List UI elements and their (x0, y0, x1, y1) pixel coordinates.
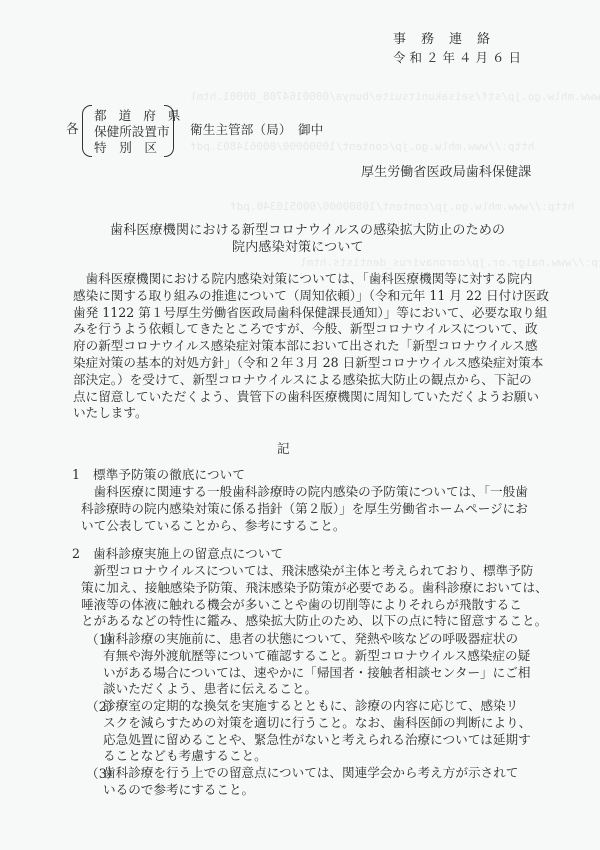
paragraph-line: 部決定。）を受けて、新型コロナウイルスによる感染拡大防止の観点から、下記の (73, 372, 553, 389)
paragraph-line: 感染に関する取り組みの推進について（周知依頼）」（令和元年 11 月 22 日付… (73, 288, 553, 305)
paragraph-line: 歯科医療に関連する一般歯科診療時の院内感染の予防策については、「一般歯 (81, 484, 561, 501)
section-1-heading: 標準予防策の徹底について (93, 466, 245, 483)
intro-paragraph: 歯科医療機関における院内感染対策については、「歯科医療機関等に対する院内 感染に… (73, 271, 553, 422)
paragraph-line: 科診療時の院内感染対策に係る指針（第２版）」を厚生労働省ホームページにお (81, 501, 561, 518)
paragraph-line: とがあるなどの特性に鑑み、感染拡大防止のため、以下の点に特に留意すること。 (81, 613, 561, 630)
addressee-bracket: 都 道 府 県 保健所設置市 特 別 区 (82, 105, 174, 155)
section-1-number: 1 (72, 466, 80, 483)
paragraph-line: いたします。 (73, 405, 553, 422)
paragraph-line: 唾液等の体液に触れる機会が多いことや歯の切削等によりそれらが飛散するこ (81, 597, 561, 614)
paragraph-line: 応急処置に留めることや、緊急性がないと考えられる治療については延期す (103, 732, 583, 749)
paragraph-line: ることなども考慮すること。 (103, 748, 583, 765)
document-page: httpː//www.mhlw.go.jp/stf/seisakunitsuit… (0, 0, 600, 850)
sender: 厚生労働省医政局歯科保健課 (361, 164, 531, 181)
addressee-prefix: 各 (66, 120, 79, 137)
bleed-through-text: httpː//www.mhlw.go.jp/content/10800000/0… (230, 200, 574, 213)
addressee-department: 衛生主管部（局） 御中 (190, 121, 323, 138)
paragraph-line: 歯科診療を行う上での留意点については、関連学会から考え方が示されて (103, 765, 583, 782)
bracket-left (82, 105, 92, 157)
section-2-number: 2 (72, 545, 80, 562)
paragraph-line: 新型コロナウイルスについては、飛沫感染が主体と考えられており、標準予防 (81, 563, 561, 580)
item-3-body: 歯科診療を行う上での留意点については、関連学会から考え方が示されて いるので参考… (103, 765, 583, 799)
paragraph-line: 点に留意していただくよう、貴管下の歯科医療機関に周知していただくようお願い (73, 389, 553, 406)
bleed-through-text: httpː//www.mhlw.go.jp/content/10900000/0… (190, 140, 534, 153)
paragraph-line: 歯科医療機関における院内感染対策については、「歯科医療機関等に対する院内 (73, 271, 553, 288)
paragraph-line: 染症対策の基本的対処方針」（令和２年３月 28 日新型コロナウイルス感染症対策本 (73, 355, 553, 372)
paragraph-line: いて公表していることから、参考にすること。 (81, 518, 561, 535)
paragraph-line: 策に加え、接触感染予防策、飛沫感染予防策が必要である。歯科診療においては、 (81, 580, 561, 597)
paragraph-line: いるので参考にすること。 (103, 782, 583, 799)
section-2-heading: 歯科診療実施上の留意点について (93, 545, 283, 562)
document-title-line2: 院内感染対策について (232, 236, 364, 255)
paragraph-line: 歯科診療の実施前に、患者の状態について、発熱や咳などの呼吸器症状の (103, 631, 583, 648)
paragraph-line: 談いただくよう、患者に伝えること。 (103, 681, 583, 698)
section-2-body: 新型コロナウイルスについては、飛沫感染が主体と考えられており、標準予防 策に加え… (81, 563, 561, 630)
paragraph-line: スクを減らすための対策を適切に行うこと。なお、歯科医師の判断により、 (103, 715, 583, 732)
addressee-line: 特 別 区 (94, 137, 157, 156)
item-2-body: 診療室の定期的な換気を実施するとともに、診療の内容に応じて、感染リ スクを減らす… (103, 698, 583, 765)
section-1-body: 歯科医療に関連する一般歯科診療時の院内感染の予防策については、「一般歯 科診療時… (81, 484, 561, 534)
bleed-through-text: httpː//www.mhlw.go.jp/stf/seisakunitsuit… (190, 90, 600, 103)
paragraph-line: みを行うよう依頼してきたところですが、今般、新型コロナウイルスについて、政 (73, 321, 553, 338)
paragraph-line: 診療室の定期的な換気を実施するとともに、診療の内容に応じて、感染リ (103, 698, 583, 715)
item-1-body: 歯科診療の実施前に、患者の状態について、発熱や咳などの呼吸器症状の 有無や海外渡… (103, 631, 583, 698)
paragraph-line: 府の新型コロナウイルス感染症対策本部において出された「新型コロナウイルス感 (73, 338, 553, 355)
ki-marker: 記 (277, 440, 290, 457)
bleed-through-text: httpː//www.naigr.or.jp/coronavirus_denti… (300, 256, 600, 269)
doc-date: 令和２年４月６日 (393, 48, 525, 66)
bracket-right (164, 105, 174, 157)
doc-type-label: 事務連絡 (393, 28, 505, 47)
paragraph-line: いがある場合については、速やかに「帰国者・接触者相談センター」にご相 (103, 665, 583, 682)
paragraph-line: 歯発 1122 第１号厚生労働省医政局歯科保健課長通知）」等において、必要な取り… (73, 305, 553, 322)
paragraph-line: 有無や海外渡航歴等について確認すること。新型コロナウイルス感染症の疑 (103, 648, 583, 665)
